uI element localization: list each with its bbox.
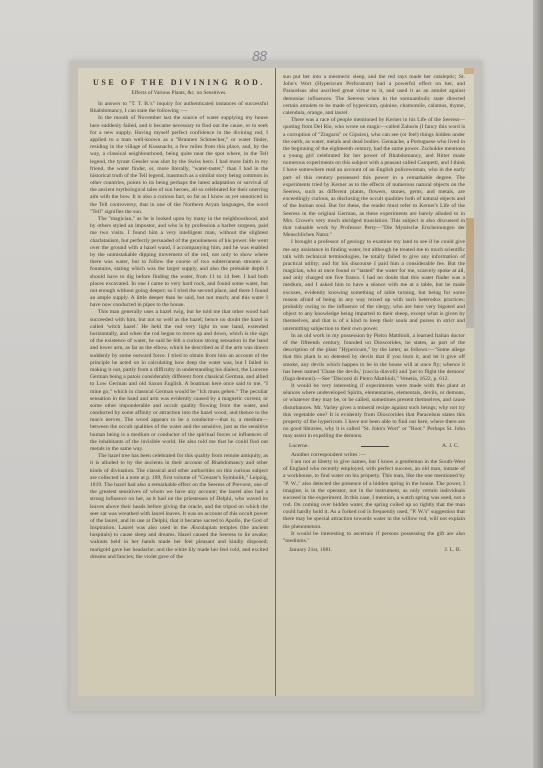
paragraph: The hazel tree has been celebrated for t…	[90, 453, 268, 561]
column-divider	[275, 68, 276, 696]
signoff-place: Lucerne.	[289, 443, 309, 450]
correspondent-intro: Another correspondent writes :—	[283, 452, 465, 459]
paragraph: The "magician," as he is looked upon by …	[90, 216, 268, 309]
paragraph: I brought a professor of geology to exam…	[283, 239, 465, 332]
article-title: USE OF THE DIVINING ROD.	[90, 78, 268, 88]
paragraph: It would be very interesting if experime…	[283, 383, 465, 441]
article-subtitle: Effects of Various Plants, &c. on Sensit…	[90, 90, 268, 97]
paper-stain	[464, 68, 474, 74]
paragraph: In an old work in my possession by Pietr…	[283, 333, 465, 383]
signoff-initials: A. J. C.	[442, 443, 459, 450]
right-column: sun put her into a mesmeric sleep, and t…	[283, 74, 465, 692]
left-column: USE OF THE DIVINING ROD. Effects of Vari…	[90, 74, 268, 692]
separator-rule	[361, 446, 389, 447]
paragraph: I am not at liberty to give names, but I…	[283, 459, 465, 531]
paragraph: It would be interesting to ascertain if …	[283, 531, 465, 545]
signoff-2: January 21st, 1881. J. L. B.	[283, 547, 465, 554]
signoff-date: January 21st, 1881.	[289, 547, 333, 554]
paper-stain	[466, 218, 474, 328]
signoff-initials: J. L. B.	[445, 547, 461, 554]
paragraph: There was a race of people mentioned by …	[283, 117, 465, 239]
paragraph: This man generally uses a hazel twig, bu…	[90, 309, 268, 453]
paragraph: In the month of November last the source…	[90, 115, 268, 216]
paragraph: In answer to "T. T. B.'s" inquiry for au…	[90, 101, 268, 115]
paragraph: sun put her into a mesmeric sleep, and t…	[283, 74, 465, 117]
signoff-1: Lucerne. A. J. C.	[283, 443, 465, 450]
mounting-board-edge	[533, 0, 543, 768]
newspaper-clipping: USE OF THE DIVINING ROD. Effects of Vari…	[78, 68, 474, 696]
